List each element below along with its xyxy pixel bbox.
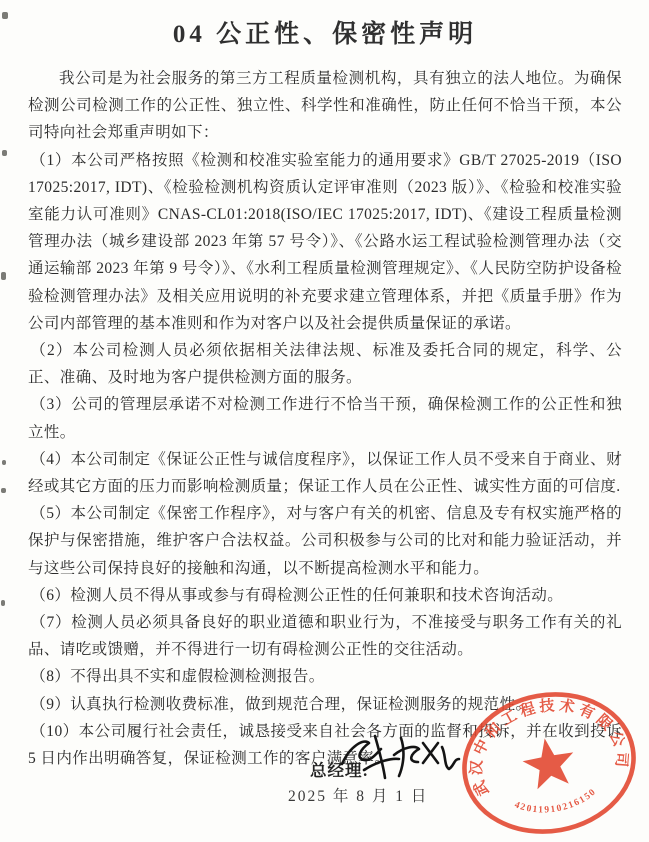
statement-item-1: （1）本公司严格按照《检测和校准实验室能力的通用要求》GB/T 27025-20… <box>28 147 622 337</box>
document-body: 04 公正性、保密性声明 我公司是为社会服务的第三方工程质量检测机构，具有独立的… <box>28 8 622 772</box>
svg-text:42011910216150: 42011910216150 <box>511 786 601 822</box>
statement-item-2: （2）本公司检测人员必须依据相关法律法规、标准及委托合同的规定，科学、公正、准确… <box>28 337 622 391</box>
statement-item-8: （8）不得出具不实和虚假检测检测报告。 <box>28 663 622 690</box>
statement-item-5: （5）本公司制定《保密工作程序》，对与客户有关的机密、信息及专有权实施严格的保护… <box>28 500 622 582</box>
page-title: 04 公正性、保密性声明 <box>28 14 622 50</box>
scan-artifact <box>2 12 8 19</box>
scan-artifact <box>1 272 6 280</box>
company-seal: 武汉中和工程技术有限公司 42011910216150 <box>456 688 642 838</box>
scan-artifact <box>2 150 7 156</box>
document-page: 04 公正性、保密性声明 我公司是为社会服务的第三方工程质量检测机构，具有独立的… <box>0 0 649 842</box>
scan-artifact <box>1 600 5 606</box>
seal-code: 42011910216150 <box>511 786 601 822</box>
scan-artifact <box>2 460 6 465</box>
scan-artifact <box>1 488 6 493</box>
statement-item-4: （4）本公司制定《保证公正性与诚信度程序》，以保证工作人员不受来自于商业、财经或… <box>28 446 622 500</box>
manager-signature <box>338 728 463 790</box>
seal-star-icon <box>519 734 578 791</box>
statement-item-3: （3）公司的管理层承诺不对检测工作进行不恰当干预，确保检测工作的公正性和独立性。 <box>28 391 622 445</box>
statement-item-7: （7）检测人员必须具备良好的职业道德和职业行为，不准接受与职务工作有关的礼品、请… <box>28 609 622 663</box>
statement-item-6: （6）检测人员不得从事或参与有碍检测公正性的任何兼职和技术咨询活动。 <box>28 582 622 609</box>
intro-paragraph: 我公司是为社会服务的第三方工程质量检测机构，具有独立的法人地位。为确保检测公司检… <box>28 65 622 147</box>
